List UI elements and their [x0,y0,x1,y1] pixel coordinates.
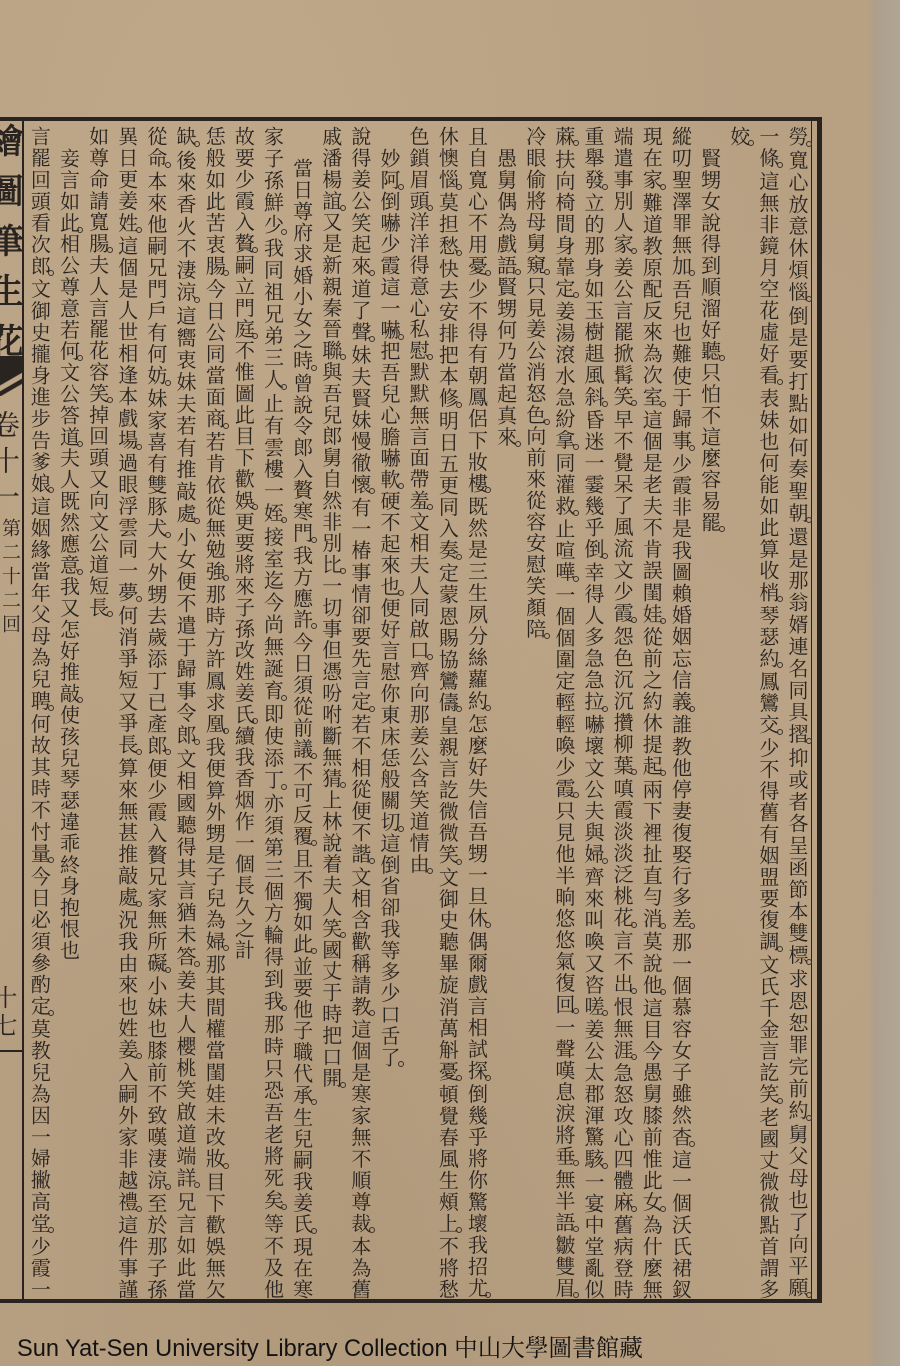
text-column: 異日更姜姓。這個是人世相逢本戲場。過眼浮雲同一夢。何消爭短又爭長。算來無甚推敲處… [112,126,141,1299]
text-column: 妙阿。倒嚇少霞這一嚇。把吾兒心膽嚇軟。硬不起來也。便好言慰你東床恁般關切。這倒省… [374,126,403,1299]
frame-right-border [817,117,822,1303]
chapter-label: 第二十二回 [0,518,20,638]
text-column: 言罷回頭看次郎。文御史攏身進步告爹娘。這姻緣當年父母為兒聘。何故其時不忖量。今日… [24,126,53,1299]
text-column: 愚舅偶為戲語。賢甥何乃當起真來。 [490,126,519,1299]
text-column: 重舉發。立的那身如玉樹趄風斜。昏迷一霎幾乎倒。幸得人多急急拉。嚇壞文公夫與婦。齊… [578,126,607,1299]
text-column: 色鎖眉頭。洋洋得意心私慰。默默無言面帶羞。文相夫人同啟口。齊向那姜公含笑道情由。 [403,126,432,1299]
text-column: 蔴。扶向椅間身靠定。姜湯滾水急紛拿。同灌救。止喧嘩。一個個圍定輕輕喚少霞。只見他… [549,126,578,1299]
text-column: 冷眼偷將母舅窺。只見姜公消怒色。向前來從容安慰笑顏陪。 [520,126,549,1299]
text-column: 妾言如此。相公尊意若何。文公答道。夫人既然應意。我又怎好推敲。使孩兒琴瑟違乖終身… [53,126,82,1299]
text-column: 家子孫鮮少。我同祖兄弟三人。止有雲樓一姪。接室迄今尚無誕育。即使添丁。亦須第三個… [257,126,286,1299]
frame-bottom-border [0,1299,822,1303]
text-column: 賢甥女說得到順溜好聽。只怕不這麼容易罷。 [694,126,723,1299]
text-column: 縱叨聖澤罪無加。吾兒也難使于歸事。少霞非是我圖賴婚姻忘信義。誰教他停妻復娶行多差… [665,126,694,1299]
book-heart-divider [0,1050,22,1052]
text-column: 缺。後來香火不淒涼。這嚮衷妹夫若有推敲處。小女便不遣于歸事令郎。文相國聽得其言猶… [170,126,199,1299]
caption-english: Sun Yat-Sen University Library Collectio… [17,1336,448,1362]
text-column: 說得姜公笑起來。道了聲。妹夫賢妹慢徹懷。有一椿事情卻要先言定。若不相從便不諧。文… [345,126,374,1299]
text-column: 故要少霞入贅。嗣立門庭。不惟圖此目下歡娛。更要將來子孫改姓姜氏。續我香烟作一個長… [228,126,257,1299]
page-number: 十七 [0,985,15,1041]
text-column: 恁般如此苦衷腸。今日公同當面商。若肯依從無勉強。那時方許鳳求凰。我便算外甥是子兒… [199,126,228,1299]
text-column: 且自寬心不用憂。少不得有朝鳳侶下妝樓。既然是三生夙分絲蘿約。怎麼好失信吾甥一旦休… [461,126,490,1299]
fishtail-mark-icon [0,356,22,396]
book-title: 繪圖筆生花 [0,123,20,373]
text-column: 姣。 [724,126,753,1299]
text-column: 端遣事別人家。姜公言罷掀髯笑。早不覺呆了風流文少霞。怨色沉沉攢柳葉。嗔霞淡淡泛桃… [607,126,636,1299]
text-column: 從命。本來他嗣兄門戶有何妨。妹家喜有雙豚犬。大外甥去歲添丁已產郎。便少霞入贅兄家… [141,126,170,1299]
text-column: 休懊惱。莫担愁。快去安排把本修。明日五更同入奏。定蒙恩賜協鸞儔。皇親言訖微微笑。… [432,126,461,1299]
text-column: 當日尊府求婚小女之時。曾說令郎入贅寒門。我方應許。今日須從前議。不可反覆。且不獨… [286,126,315,1299]
volume-label: 卷十一 [0,410,18,518]
text-body: 勞。寬心放意休煩惱。倒是要打點如何奏聖朝。還是那翁婿連名同具摺。抑或者各呈函節本… [24,126,811,1299]
text-column: 一條。這無非鏡月空花虛好看。表妹也何能如此算收梢。琴瑟約。鳳鸞交。少不得舊有姻盟… [753,126,782,1299]
caption-chinese: 中山大學圖書館藏 [454,1336,643,1362]
text-column: 現在家。難道教原配反來為次室。這個是老夫不肯誤閨娃。從前之約休提起。兩下裡扯直勻… [636,126,665,1299]
text-column: 戚潘楊誼。又是新親秦晉聯。與吾兒郎舅自然非別比。一切事但憑吩咐斷無猜。上林說着夫… [316,126,345,1299]
text-column: 勞。寬心放意休煩惱。倒是要打點如何奏聖朝。還是那翁婿連名同具摺。抑或者各呈函節本… [782,126,811,1299]
text-column: 如尊命請寬腸。夫人言罷花容笑。掉回頭又向文公道短長。 [82,126,111,1299]
frame-top-border [0,117,822,121]
library-caption: Sun Yat-Sen University Library Collectio… [17,1337,643,1361]
